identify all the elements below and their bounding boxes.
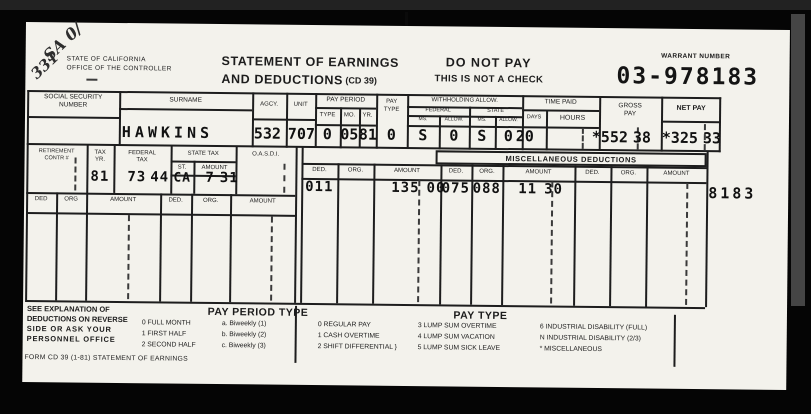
pt-col0-item1: 0 REGULAR PAY xyxy=(318,322,371,329)
pay-period-mo-label: MO. xyxy=(340,112,359,118)
tax-yr-label-line2: YR. xyxy=(87,157,114,163)
ppt-col1-item3: 2 SECOND HALF xyxy=(142,342,196,349)
gross-pay-value: *55238 xyxy=(592,130,651,146)
cents-divider-line xyxy=(270,217,273,301)
grid-line xyxy=(190,194,193,302)
pt-col0-item2: 1 CASH OVERTIME xyxy=(318,333,380,340)
misc-g2-ded-value: 075 xyxy=(440,181,471,195)
warrant-number-value: 03-978183 xyxy=(616,65,759,89)
grid-line xyxy=(372,164,375,304)
pt-col1-item3: 5 LUMP SUM SICK LEAVE xyxy=(418,345,501,353)
extra-org2-label: ORG. xyxy=(191,198,230,204)
federal-ms-value: S xyxy=(407,128,439,143)
reverse-side-note-line2: DEDUCTIONS ON REVERSE xyxy=(27,315,128,324)
misc-g2-org-label: ORG. xyxy=(471,169,502,175)
earnings-statement-card: SA 0/ 331 STATE OF CALIFORNIA OFFICE OF … xyxy=(22,22,790,390)
misc-g1-amount-label: AMOUNT xyxy=(373,168,440,175)
legend-divider-line xyxy=(294,306,297,363)
scan-tick-mark xyxy=(405,12,408,27)
scanned-page-background: SA 0/ 331 STATE OF CALIFORNIA OFFICE OF … xyxy=(0,0,811,414)
grid-line xyxy=(25,300,705,309)
letterhead-line1: STATE OF CALIFORNIA xyxy=(67,56,146,63)
form-title-line1: STATEMENT OF EARNINGS xyxy=(222,55,400,69)
misc-g1-dollars: 135 xyxy=(391,181,419,195)
pt-col2-item2: N INDUSTRIAL DISABILITY (2/3) xyxy=(540,335,641,343)
federal-tax-cents: 44 xyxy=(150,170,169,184)
days-value: 20 xyxy=(516,129,534,144)
federal-ms-label: MS. xyxy=(407,117,439,122)
misc-g2-amount-value: 1130 xyxy=(518,182,563,196)
grid-line xyxy=(609,166,612,306)
misc-g1-ded-value: 011 xyxy=(301,180,337,194)
pay-period-type-value: 0 xyxy=(315,127,340,142)
misc-g3-ded-label: DED. xyxy=(574,170,610,176)
federal-allow-value: 0 xyxy=(439,128,469,143)
federal-tax-label-line2: TAX xyxy=(114,157,171,164)
ppt-col1-item2: 1 FIRST HALF xyxy=(142,331,187,338)
misc-g1-amount-value: 13500 xyxy=(391,181,445,196)
misc-g2-ded-label: DED. xyxy=(440,168,471,174)
letterhead-line2: OFFICE OF THE CONTROLLER xyxy=(66,65,171,73)
legend-divider-line xyxy=(673,315,676,367)
extra-ded2-label: DED. xyxy=(160,197,191,203)
misc-g3-org-label: ORG. xyxy=(610,170,646,176)
extra-amount-label: AMOUNT xyxy=(86,197,160,204)
pt-col0-item3: 2 SHIFT DIFFERENTIAL } xyxy=(318,344,397,352)
net-pay-value: *32533 xyxy=(662,131,721,147)
federal-tax-label: FEDERAL xyxy=(114,150,171,157)
ppt-col2-item2: b. Biweekly (2) xyxy=(222,332,267,339)
grid-line xyxy=(522,109,599,112)
cents-divider-line xyxy=(550,182,553,304)
grid-line xyxy=(661,121,721,124)
state-tax-st-value: CA xyxy=(173,172,191,185)
net-pay-dollars: *325 xyxy=(662,131,698,146)
grid-line xyxy=(85,145,89,301)
tax-yr-value: 81 xyxy=(86,170,113,184)
surname-value: HAWKINS xyxy=(122,125,213,141)
gross-pay-label-line2: PAY xyxy=(599,111,661,118)
form-footer: FORM CD 39 (1-81) STATEMENT OF EARNINGS xyxy=(24,355,188,364)
cents-divider-line xyxy=(74,158,76,191)
pay-period-type-label: TYPE xyxy=(315,112,340,118)
pay-period-label: PAY PERIOD xyxy=(315,97,376,104)
state-allow-label: ALLOW. xyxy=(495,118,522,123)
scan-right-strip xyxy=(791,14,805,306)
ssn-label: SOCIAL SECURITY xyxy=(27,94,119,101)
ppt-col2-item1: a. Biweekly (1) xyxy=(222,321,267,328)
misc-g1-org-label: ORG. xyxy=(337,167,373,173)
cents-divider-line xyxy=(685,183,688,305)
warrant-partial-number: 8183 xyxy=(708,186,756,202)
grid-line xyxy=(55,192,58,300)
grid-line xyxy=(171,161,236,164)
tax-yr-label: TAX xyxy=(87,150,114,156)
state-tax-label: STATE TAX xyxy=(171,151,236,158)
pay-period-yr-label: YR. xyxy=(359,112,376,118)
cents-divider-line xyxy=(283,164,285,193)
hours-label: HOURS xyxy=(546,114,599,122)
gross-pay-label: GROSS xyxy=(599,103,661,110)
grid-line xyxy=(229,194,232,302)
pay-type-legend-title: PAY TYPE xyxy=(423,310,538,322)
misc-g2-cents: 30 xyxy=(544,182,563,196)
form-code: (CD 39) xyxy=(345,76,377,85)
state-ms-value: S xyxy=(469,129,495,144)
withholding-state-label: STATE xyxy=(469,109,522,115)
pay-period-type-legend-title: PAY PERIOD TYPE xyxy=(173,307,343,319)
pay-type-value: 0 xyxy=(376,128,407,143)
extra-org-label: ORG xyxy=(56,196,86,202)
pt-col2-item3: * MISCELLANEOUS xyxy=(540,346,602,353)
pay-type-col-label-line2: TYPE xyxy=(376,107,407,113)
federal-tax-dollars: 73 xyxy=(127,170,146,184)
ssn-label-line2: NUMBER xyxy=(27,102,119,109)
handwritten-note-line2: 331 xyxy=(29,49,62,81)
cents-divider-line xyxy=(417,180,420,302)
withholding-label: WITHHOLDING ALLOW. xyxy=(407,97,522,104)
misc-g3-amount-label: AMOUNT xyxy=(646,171,706,178)
time-paid-label: TIME PAID xyxy=(522,99,599,106)
pay-type-col-label: PAY xyxy=(376,99,407,105)
agcy-value: 532 xyxy=(254,126,281,141)
pt-col1-item1: 3 LUMP SUM OVERTIME xyxy=(418,323,497,331)
surname-label: SURNAME xyxy=(119,97,252,105)
cents-divider-line xyxy=(582,128,584,149)
reverse-side-note-line4: PERSONNEL OFFICE xyxy=(27,335,116,343)
days-label: DAYS xyxy=(522,115,546,121)
gross-pay-dollars: *552 xyxy=(592,130,628,145)
grid-line xyxy=(27,116,119,119)
scan-dash-mark xyxy=(86,79,97,81)
misc-g2-dollars: 11 xyxy=(518,182,537,196)
extra-ded-label: DED xyxy=(26,196,56,202)
do-not-pay-line2: THIS IS NOT A CHECK xyxy=(421,74,556,85)
extra-amount2-label: AMOUNT xyxy=(230,198,295,205)
state-ms-label: MS. xyxy=(469,118,495,123)
grid-line xyxy=(252,118,315,121)
pt-col1-item2: 4 LUMP SUM VACATION xyxy=(418,334,495,342)
federal-allow-label: ALLOW. xyxy=(439,117,469,122)
warrant-number-label: WARRANT NUMBER xyxy=(646,53,746,61)
pay-period-yr-value: 81 xyxy=(359,127,376,142)
reverse-side-note-line1: SEE EXPLANATION OF xyxy=(27,305,110,313)
pay-period-mo-value: 05 xyxy=(340,127,359,142)
form-title-line2: AND DEDUCTIONS xyxy=(221,73,343,87)
grid-line xyxy=(294,147,298,303)
federal-tax-value: 7344 xyxy=(127,170,169,184)
net-pay-cents: 33 xyxy=(703,131,721,146)
ppt-col1-item1: 0 FULL MONTH xyxy=(142,320,191,327)
grid-line xyxy=(119,108,252,111)
state-tax-amount-value: 731 xyxy=(205,171,238,185)
pt-col2-item1: 6 INDUSTRIAL DISABILITY (FULL) xyxy=(540,324,647,332)
grid-line xyxy=(645,167,648,307)
unit-value: 707 xyxy=(288,127,315,142)
state-tax-cents: 31 xyxy=(220,171,239,185)
ppt-col2-item3: c. Biweekly (3) xyxy=(222,343,266,350)
grid-line xyxy=(159,193,162,301)
misc-g2-amount-label: AMOUNT xyxy=(502,169,574,176)
state-tax-dollars: 7 xyxy=(205,171,215,185)
unit-label: UNIT xyxy=(286,102,315,108)
reverse-side-note-line3: SIDE OR ASK YOUR xyxy=(27,325,112,333)
agcy-label: AGCY. xyxy=(252,101,286,107)
net-pay-label: NET PAY xyxy=(661,105,721,113)
grid-line xyxy=(315,107,376,110)
gross-pay-cents: 38 xyxy=(633,130,651,145)
cents-divider-line xyxy=(127,215,130,299)
grid-line xyxy=(573,166,576,306)
misc-g1-ded-label: DED. xyxy=(301,167,337,173)
scan-top-strip xyxy=(0,0,811,10)
do-not-pay-line1: DO NOT PAY xyxy=(429,56,549,70)
withholding-federal-label: FEDERAL xyxy=(407,108,469,114)
retirement-label: RETIREMENT xyxy=(27,149,87,155)
retirement-label-line2: CONTR # xyxy=(27,156,87,162)
misc-g2-org-value: 088 xyxy=(471,182,502,196)
oasdi-label: O.A.S.D.I. xyxy=(236,151,296,158)
